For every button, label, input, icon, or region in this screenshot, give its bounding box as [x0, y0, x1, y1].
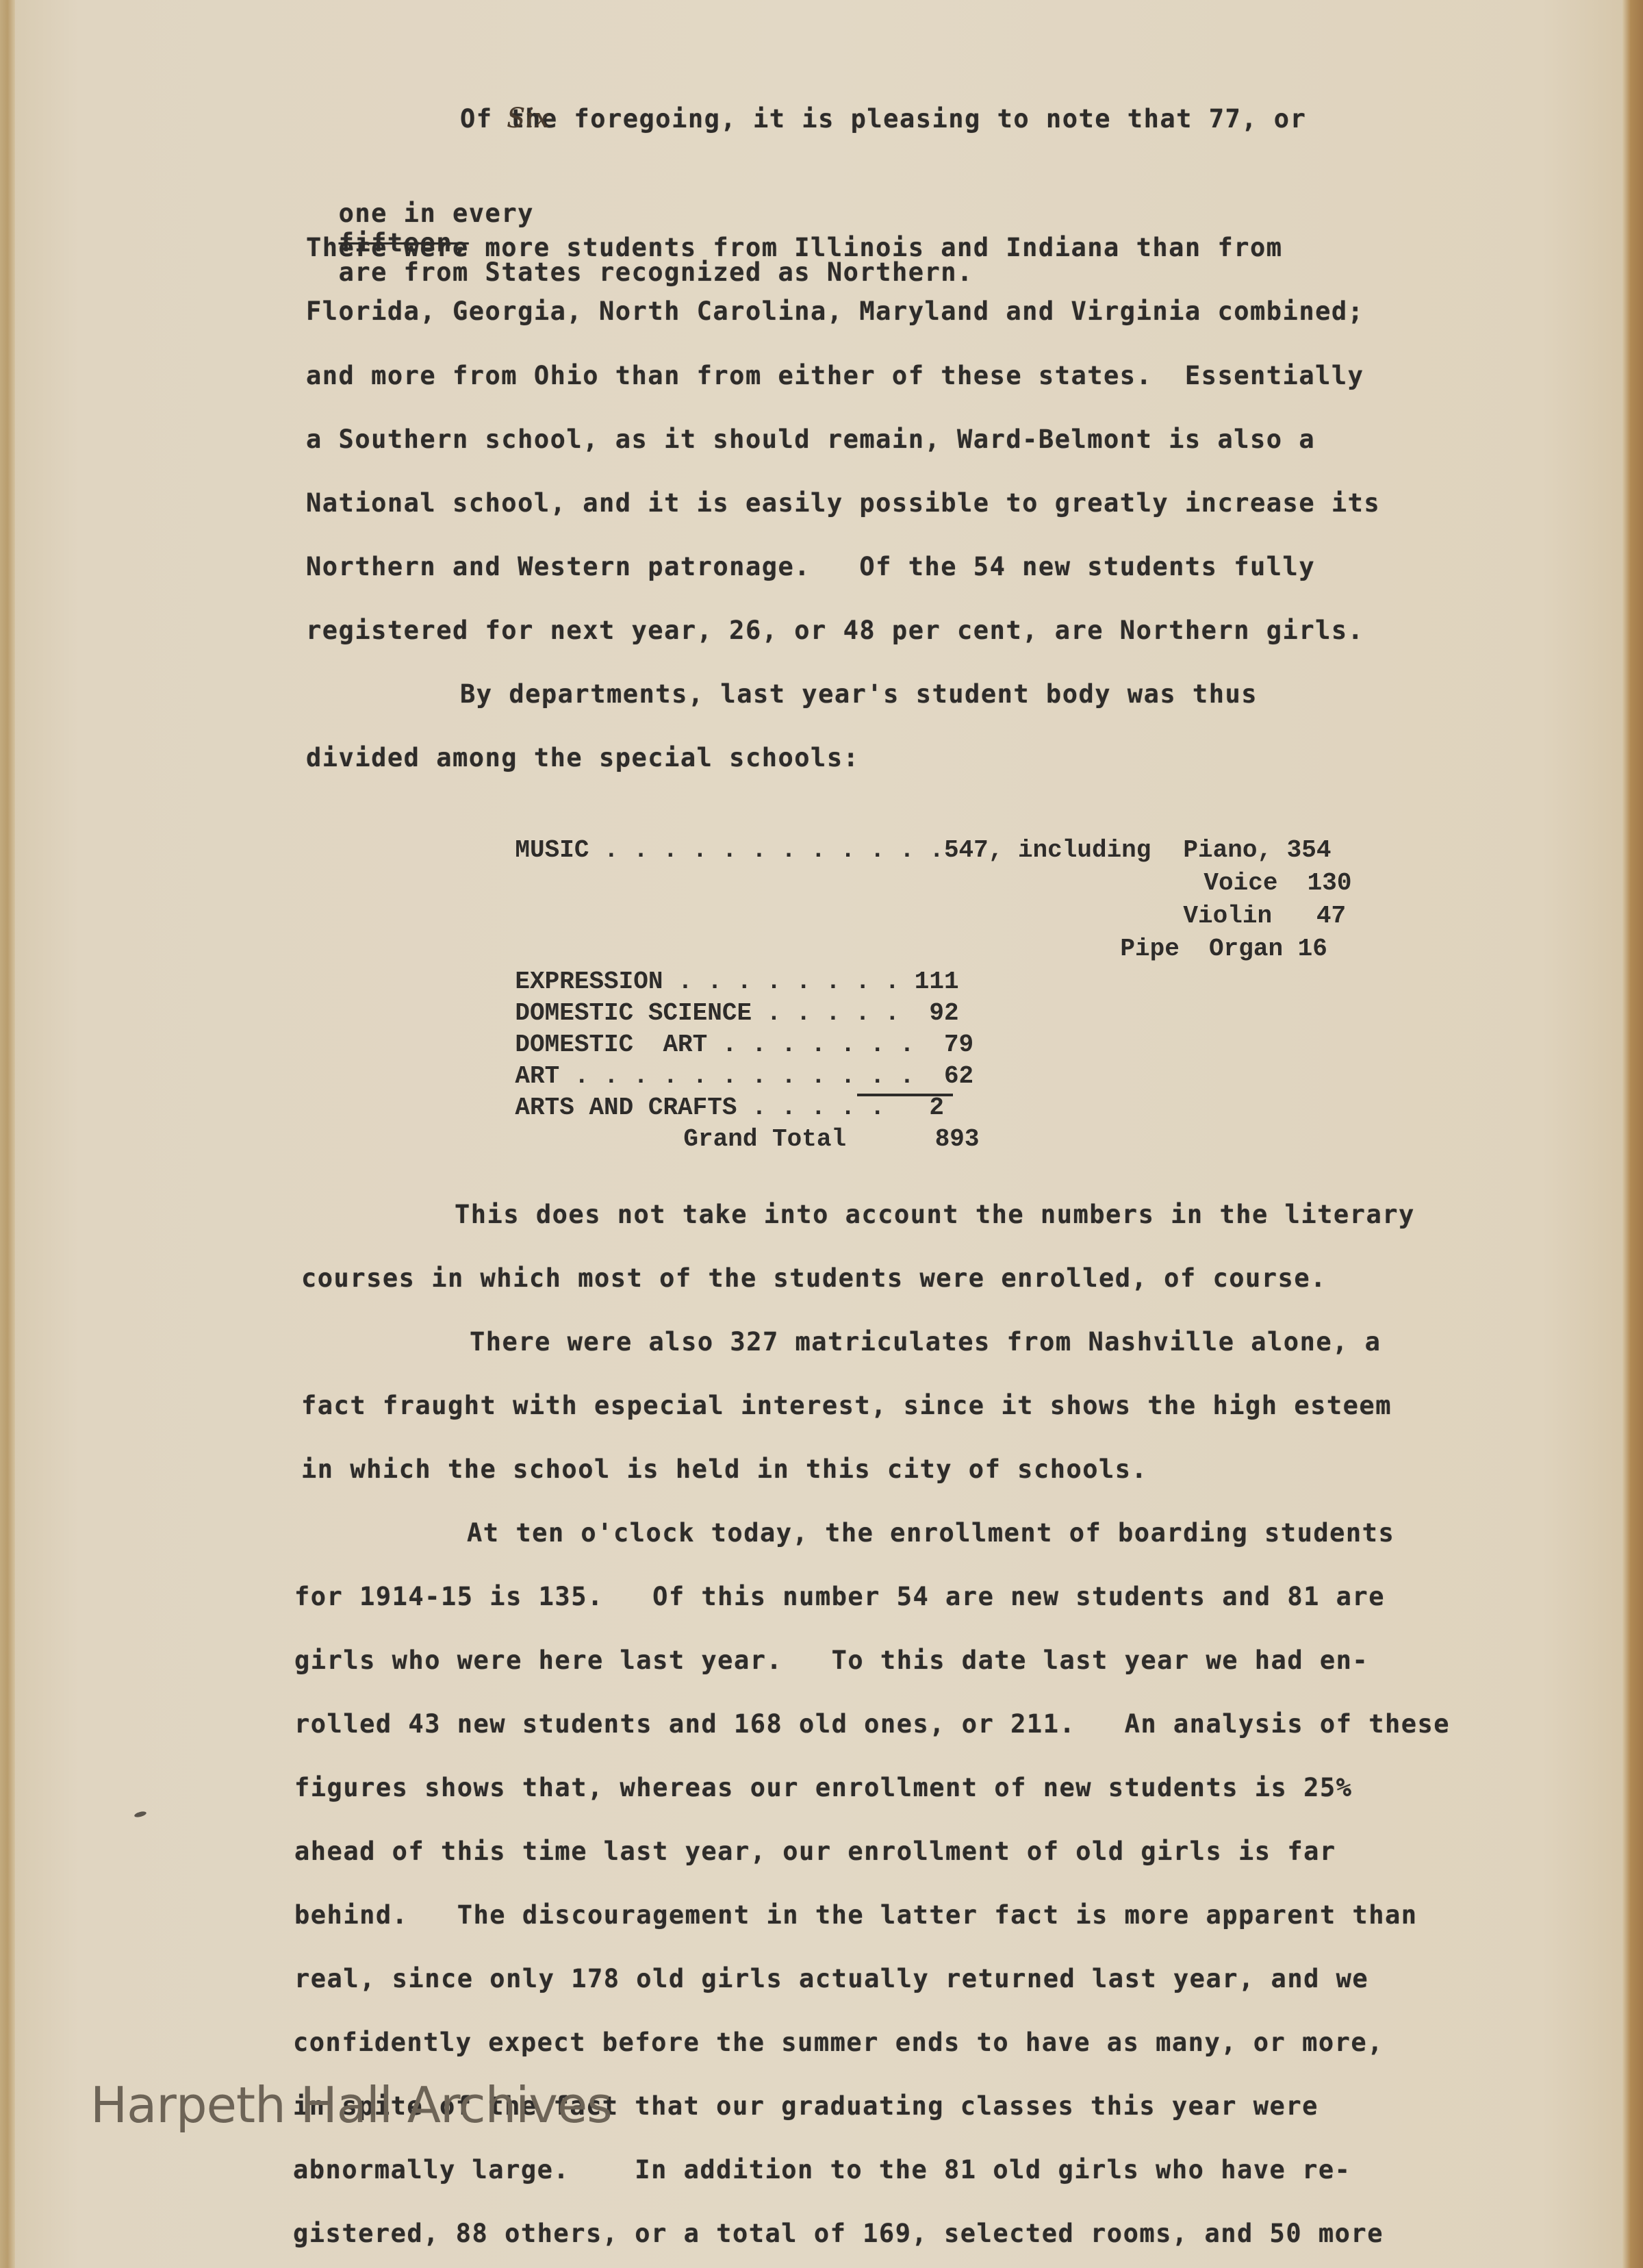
text-line: confidently expect before the summer end… [293, 2028, 1384, 2057]
text-line: Of the foregoing, it is pleasing to note… [460, 104, 1306, 134]
text-line: girls who were here last year. To this d… [294, 1646, 1368, 1675]
text-line: divided among the special schools: [306, 743, 859, 772]
text-line: courses in which most of the students we… [301, 1263, 1327, 1293]
text-line: This does not take into account the numb… [455, 1200, 1415, 1229]
total-value: 893 [935, 1125, 980, 1153]
text-line: for 1914-15 is 135. Of this number 54 ar… [294, 1582, 1385, 1611]
text-line: By departments, last year's student body… [460, 679, 1258, 709]
text-line: fact fraught with especial interest, sin… [301, 1391, 1392, 1420]
text-line: a Southern school, as it should remain, … [306, 425, 1315, 454]
text-line: There were more students from Illinois a… [306, 233, 1283, 262]
sum-rule [857, 1094, 953, 1096]
music-breakdown-pipe-organ: Pipe Organ 16 [1061, 907, 1327, 991]
text-line: and more from Ohio than from either of t… [306, 361, 1364, 390]
instrument-count: 16 [1298, 935, 1327, 963]
dot-leader: . . . . . . . . . . . . [589, 836, 943, 864]
handwritten-correction: Six [507, 103, 550, 134]
instrument-name: Pipe Organ [1120, 935, 1283, 963]
text-line: National school, and it is easily possib… [306, 488, 1380, 518]
text-line: ahead of this time last year, our enroll… [294, 1837, 1336, 1866]
paper-edge-right [1622, 0, 1643, 2268]
text-line: Florida, Georgia, North Carolina, Maryla… [306, 297, 1364, 326]
text-line: in which the school is held in this city… [301, 1454, 1147, 1484]
table-row-grand-total: Grand Total 893 [624, 1097, 980, 1181]
text-line: registered for next year, 26, or 48 per … [306, 616, 1364, 645]
archive-watermark: Harpeth Hall Archives [90, 2076, 612, 2134]
department-count: 62 [944, 1062, 973, 1090]
text-line: gistered, 88 others, or a total of 169, … [293, 2219, 1384, 2248]
text-line: At ten o'clock today, the enrollment of … [467, 1518, 1394, 1548]
text-segment: one in every [339, 199, 534, 228]
text-line: figures shows that, whereas our enrollme… [294, 1773, 1352, 1802]
department-count: 547 [944, 836, 989, 864]
text-line: real, since only 178 old girls actually … [294, 1964, 1368, 1993]
department-name: MUSIC [515, 836, 589, 864]
text-line: one in every fifteen, are from States re… [306, 169, 973, 287]
text-line: behind. The discouragement in the latter… [294, 1900, 1418, 1930]
total-label: Grand Total [683, 1125, 846, 1153]
paper-edge-left [0, 0, 15, 2268]
text-line: abnormally large. In addition to the 81 … [293, 2155, 1351, 2184]
text-line: rolled 43 new students and 168 old ones,… [294, 1709, 1450, 1739]
text-line: Northern and Western patronage. Of the 5… [306, 552, 1315, 581]
text-line: There were also 327 matriculates from Na… [470, 1327, 1381, 1357]
table-row-music: MUSIC . . . . . . . . . . . .547, includ… [456, 808, 1151, 892]
